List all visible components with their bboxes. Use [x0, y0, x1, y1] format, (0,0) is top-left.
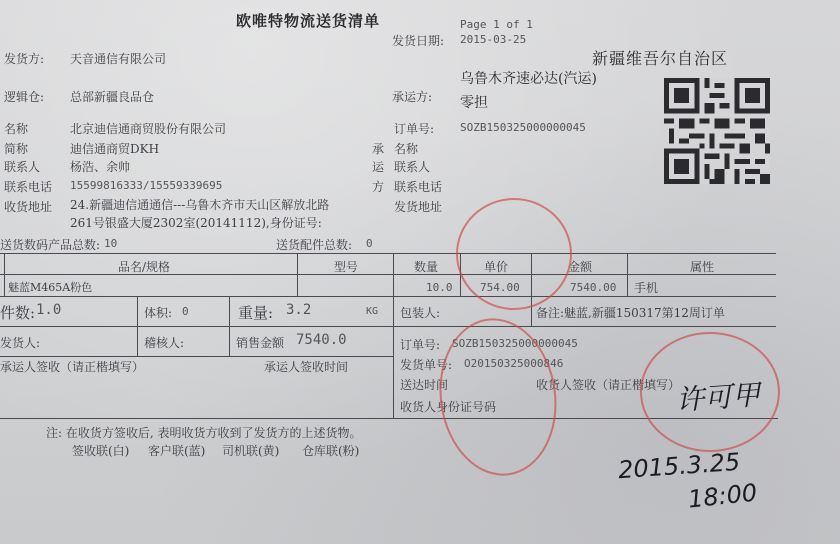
- col-header-name: 品名/规格: [118, 258, 170, 275]
- receiver-short-label: 简称: [4, 140, 28, 157]
- pieces-value: 1.0: [36, 302, 61, 318]
- carrier-type: 零担: [460, 92, 488, 112]
- accessory-total-label: 送货配件总数:: [276, 236, 352, 253]
- carrier-side-name: 名称: [394, 140, 418, 157]
- carrier-time-label: 承运人签收时间: [264, 358, 348, 375]
- row-product-name: 魅蓝M465A粉色: [8, 279, 92, 295]
- copy-sign: 签收联(白): [72, 442, 129, 459]
- receiver-address-label: 收货地址: [4, 198, 52, 215]
- weight-value: 3.2: [286, 302, 311, 318]
- receiver-contact-label: 联系人: [4, 158, 40, 175]
- handwritten-signature: 许可甲: [675, 373, 762, 419]
- digital-total-label: 送货数码产品总数:: [0, 236, 100, 253]
- sales-amount-label: 销售金额: [236, 334, 284, 351]
- carrier-sign-label: 承运人签收（请正楷填写）: [0, 358, 144, 375]
- packer-label: 包装人:: [400, 304, 440, 321]
- sender-label: 发货方:: [4, 50, 44, 67]
- copy-driver: 司机联(黄): [222, 442, 279, 459]
- carrier-side-contact: 联系人: [394, 158, 430, 175]
- volume-label: 体积:: [144, 304, 172, 321]
- shipper-label: 发货人:: [0, 334, 40, 351]
- checker-label: 稽核人:: [144, 334, 184, 351]
- digital-total: 10: [104, 237, 117, 250]
- receiver-phone: 15599816333/15559339695: [70, 179, 222, 192]
- col-header-qty: 数量: [414, 258, 438, 275]
- col-header-attr: 属性: [690, 258, 714, 275]
- carrier-name: 乌鲁木齐速必达(汽运): [460, 68, 597, 88]
- carrier-side-address: 发货地址: [394, 198, 442, 215]
- delivery-slip: 欧唯特物流送货清单 Page 1 of 1 发货日期: 2015-03-25 新…: [0, 0, 840, 544]
- ship-date: 2015-03-25: [460, 33, 526, 46]
- accessory-total: 0: [366, 237, 373, 250]
- volume-value: 0: [182, 305, 189, 318]
- sales-amount: 7540.0: [296, 332, 347, 348]
- sender-value: 天音通信有限公司: [70, 50, 166, 67]
- carrier-label: 承运方:: [392, 88, 432, 105]
- pieces-label: 件数:: [0, 302, 35, 323]
- receiver-contact: 杨浩、余帅: [70, 158, 130, 175]
- col-header-model: 型号: [334, 258, 358, 275]
- row-amount: 7540.00: [570, 281, 616, 294]
- remark: 备注:魅蓝,新疆150317第12周订单: [536, 304, 725, 321]
- order-number: SOZB150325000000045: [460, 121, 586, 134]
- carrier-side-char-1: 承: [372, 140, 384, 157]
- carrier-side-phone: 联系电话: [394, 178, 442, 195]
- weight-label: 重量:: [238, 302, 273, 323]
- region-header: 新疆维吾尔自治区: [592, 46, 728, 69]
- copy-warehouse: 仓库联(粉): [302, 442, 359, 459]
- row-attribute: 手机: [634, 279, 658, 296]
- handwritten-date: 2015.3.25: [617, 448, 741, 484]
- handwritten-time: 18:00: [687, 478, 759, 513]
- carrier-side-char-3: 方: [372, 178, 384, 195]
- copy-customer: 客户联(蓝): [148, 442, 205, 459]
- warehouse-value: 总部新疆良品仓: [70, 88, 154, 105]
- receiver-short: 迪信通商贸DKH: [70, 140, 159, 157]
- receiver-address-line1: 24.新疆迪信通通信---乌鲁木齐市天山区解放北路: [70, 196, 329, 213]
- receipt-order-label: 订单号:: [400, 336, 440, 353]
- receiver-name: 北京迪信通商贸股份有限公司: [70, 120, 226, 137]
- carrier-side-char-2: 运: [372, 158, 384, 175]
- receiver-name-label: 名称: [4, 120, 28, 137]
- receiver-phone-label: 联系电话: [4, 178, 52, 195]
- weight-unit: KG: [366, 306, 378, 317]
- row-qty: 10.0: [426, 281, 453, 294]
- qr-code-icon: [664, 78, 770, 184]
- receiver-address-line2: 261号银盛大厦2302室(20141112),身份证号:: [70, 214, 322, 231]
- warehouse-label: 逻辑仓:: [4, 88, 44, 105]
- document-title: 欧唯特物流送货清单: [236, 10, 380, 31]
- page-info: Page 1 of 1: [460, 18, 533, 31]
- company-stamp-icon: [456, 198, 572, 310]
- order-label: 订单号:: [394, 120, 434, 137]
- ship-date-label: 发货日期:: [392, 32, 444, 49]
- note-line: 注: 在收货方签收后, 表明收货方收到了发货方的上述货物。: [46, 424, 362, 441]
